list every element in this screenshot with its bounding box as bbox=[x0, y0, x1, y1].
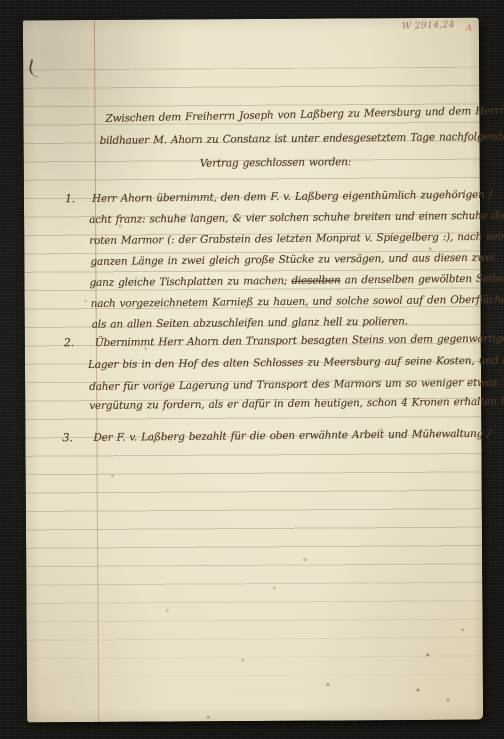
foxing-spots bbox=[23, 20, 25, 22]
line-segment: an denselben gewölbten Seiten / bbox=[340, 272, 504, 286]
paragraph-3-number: 3. bbox=[62, 431, 72, 444]
contract-heading-line-3: Vertrag geschlossen worden: bbox=[200, 156, 351, 171]
line-segment: ganz gleiche Tischplatten zu machen; bbox=[89, 275, 291, 289]
struck-word: dieselben bbox=[291, 274, 340, 287]
archive-reference-number: W 2914,24 bbox=[402, 20, 455, 32]
paragraph-2-number: 2. bbox=[64, 336, 74, 349]
manuscript-page: W 2914,24 A Zwischen dem Freiherrn Josep… bbox=[23, 18, 483, 723]
archive-letter-a: A bbox=[466, 24, 472, 34]
paragraph-1-number: 1. bbox=[65, 192, 75, 205]
